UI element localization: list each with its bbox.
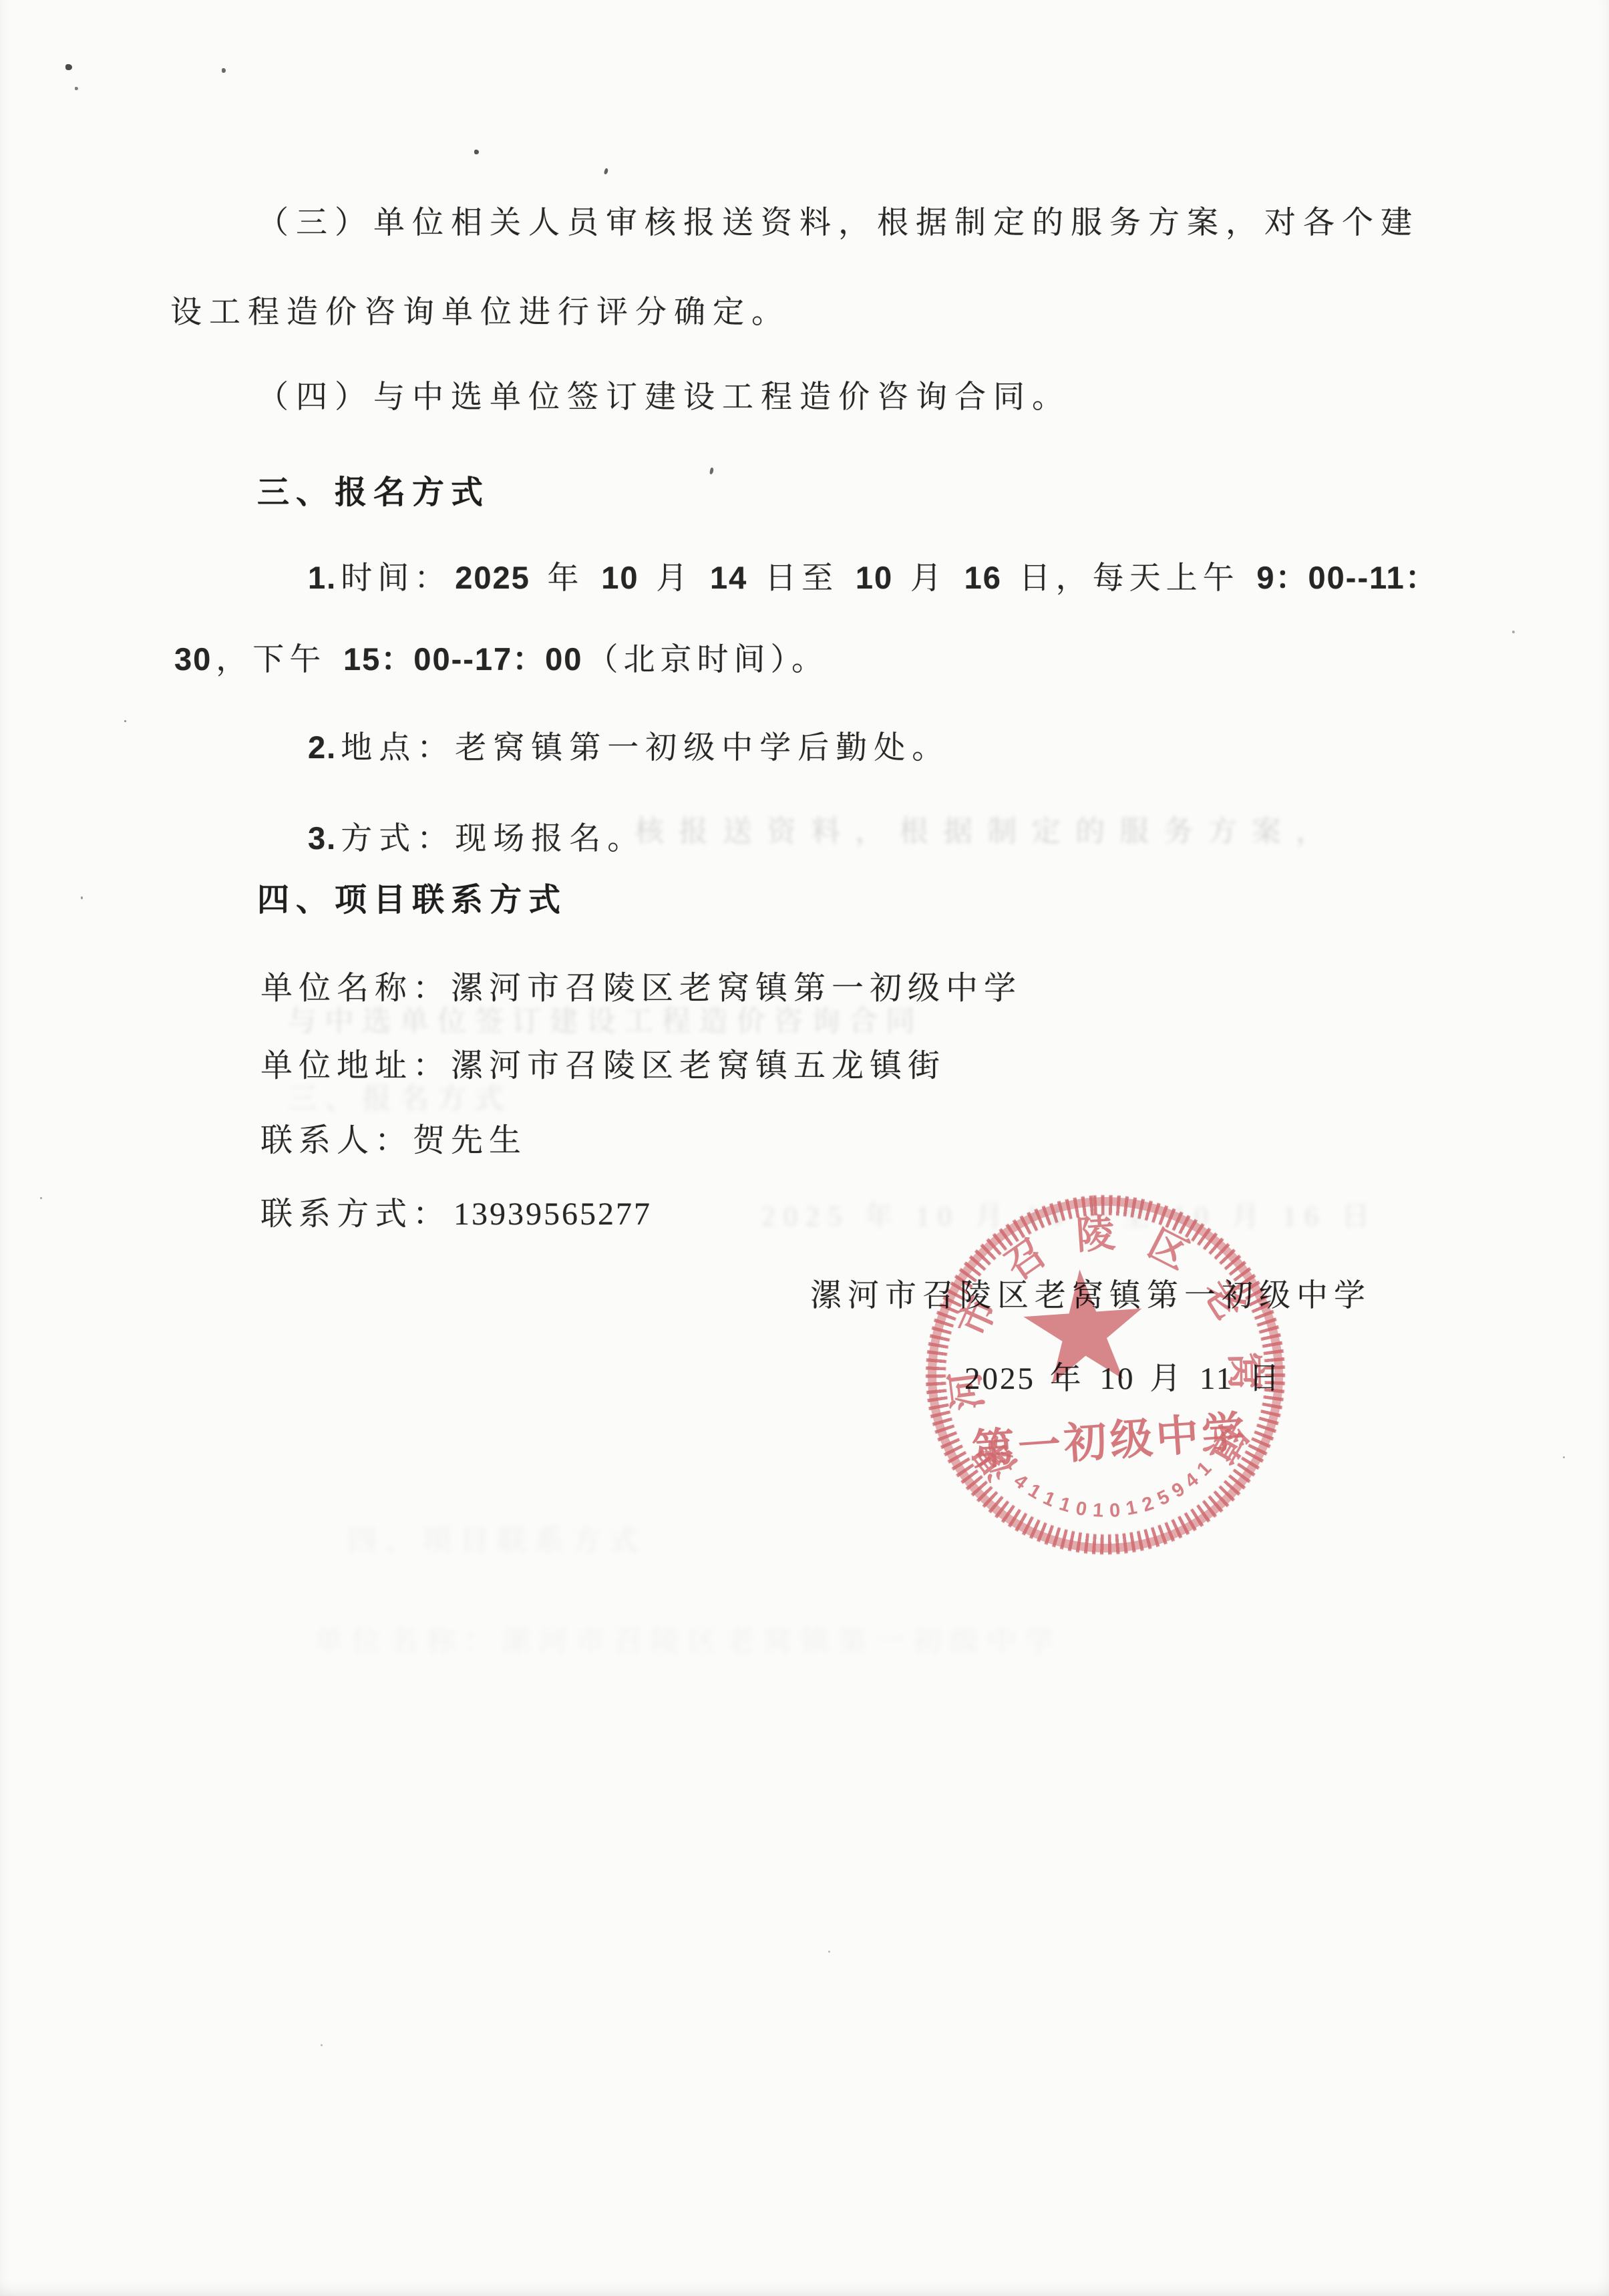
- scan-speck: [709, 468, 714, 475]
- scan-speck: [124, 720, 126, 722]
- text-token: 月: [643, 561, 707, 596]
- text-token: 9：00--11：: [1256, 560, 1437, 595]
- registration-method-heading: 三、报名方式: [257, 466, 490, 512]
- stamp-arc-char: 窝: [1222, 1349, 1266, 1393]
- scan-speck: [40, 1197, 42, 1199]
- scan-speck: [81, 896, 83, 899]
- text-token: 3.: [308, 820, 337, 856]
- ghost-bleed-line: 四、项目联系方式: [347, 1516, 647, 1559]
- text-token: ，下午: [216, 643, 339, 677]
- registration-method-line: 3.方式：现场报名。: [304, 814, 645, 858]
- text-token: 地点：老窝镇第一初级中学后勤处。: [341, 731, 950, 766]
- registration-time-line1: 1.时间：2025 年 10 月 14 日至 10 月 16 日，每天上午 9：…: [304, 553, 1442, 598]
- scan-speck: [321, 2044, 323, 2046]
- scan-speck: [1563, 1456, 1565, 1458]
- scan-speck: [1512, 631, 1515, 633]
- text-token: 14: [710, 560, 747, 595]
- text-token: 2.: [308, 729, 337, 765]
- registration-time-line2: 30，下午 15：00--17：00（北京时间）。: [170, 635, 828, 679]
- scan-speck: [75, 87, 78, 90]
- text-token: 13939565277: [454, 1196, 652, 1232]
- text-token: 2025: [455, 560, 530, 595]
- scan-speck: [828, 1951, 830, 1953]
- text-token: 方式：现场报名。: [341, 822, 645, 856]
- scan-speck: [222, 68, 226, 73]
- ghost-bleed-line: 单位名称：漯河市召陵区老窝镇第一初级中学: [314, 1617, 1062, 1659]
- scanned-document-page: （三）单位相关人员审核报送资料，根据制定的服务方案，对各个建 设工程造价咨询单位…: [0, 0, 1609, 2296]
- text-token: （北京时间）。: [586, 643, 828, 677]
- text-token: 1.: [308, 560, 337, 595]
- contact-person-line: 联系人：贺先生: [260, 1114, 527, 1160]
- scan-speck: [474, 150, 479, 154]
- org-address-line: 单位地址：漯河市召陵区老窝镇五龙镇街: [260, 1039, 946, 1086]
- text-token: 时间：: [341, 561, 451, 596]
- stamp-arc-char: 河: [943, 1366, 993, 1416]
- text-token: 15：00--17：00: [343, 641, 582, 677]
- text-token: 30: [174, 641, 212, 677]
- text-token: 10: [856, 560, 893, 595]
- contact-phone-line: 联系方式：13939565277: [260, 1188, 655, 1234]
- text-token: 日，每天上午: [1006, 561, 1253, 596]
- text-token: 16: [964, 560, 1002, 595]
- stamp-arc-char: 陵: [1072, 1211, 1119, 1258]
- official-stamp: 第一初级中学 漯河市召陵区老窝镇4111010125941: [913, 1182, 1298, 1567]
- scan-speck: [65, 64, 72, 70]
- org-name-line: 单位名称：漯河市召陵区老窝镇第一初级中学: [260, 962, 1022, 1008]
- para-three-line1: （三）单位相关人员审核报送资料，根据制定的服务方案，对各个建: [257, 198, 1419, 242]
- ghost-bleed-line: 核报送资料，根据制定的服务方案，: [635, 807, 1340, 850]
- text-token: 联系方式：: [260, 1196, 451, 1232]
- text-token: 年: [534, 561, 598, 596]
- para-four-line: （四）与中选单位签订建设工程造价咨询合同。: [257, 372, 1071, 417]
- text-token: 月: [897, 561, 960, 596]
- project-contact-heading: 四、项目联系方式: [257, 874, 567, 920]
- para-three-line2: 设工程造价咨询单位进行评分确定。: [170, 287, 790, 332]
- registration-location-line: 2.地点：老窝镇第一初级中学后勤处。: [304, 723, 950, 768]
- scan-speck: [604, 168, 609, 174]
- text-token: 10: [601, 560, 639, 595]
- text-token: 日至: [751, 561, 852, 596]
